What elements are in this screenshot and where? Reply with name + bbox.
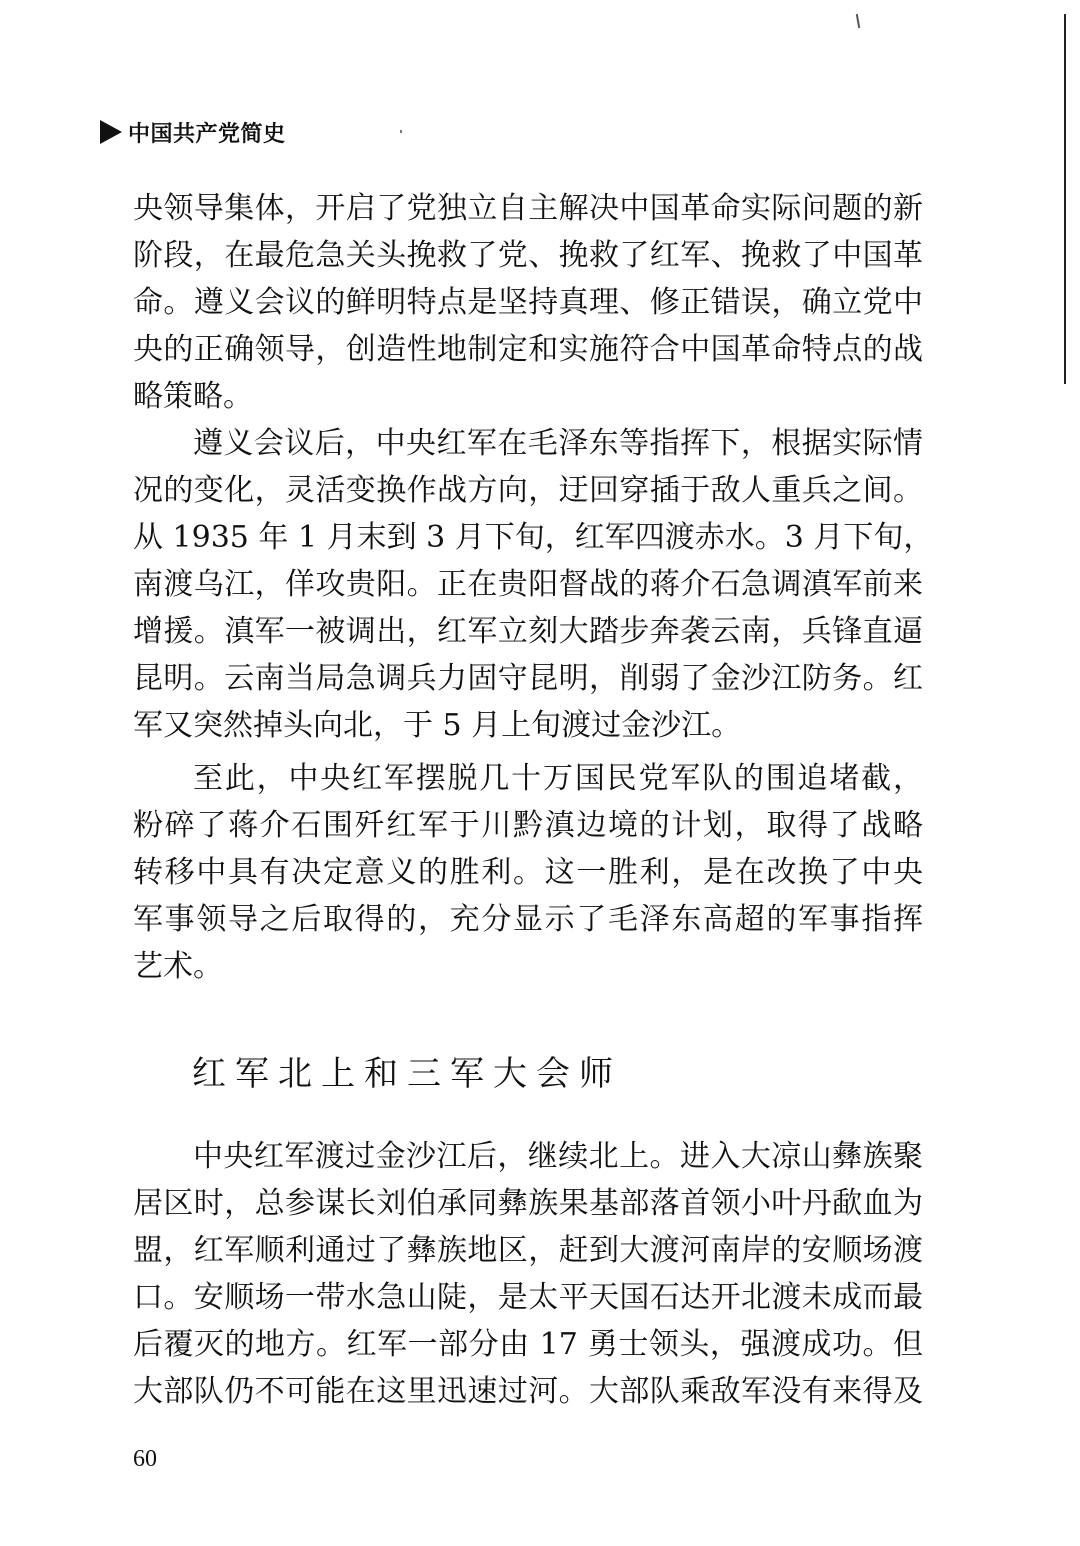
scan-artifact [400,130,402,133]
section-paragraph: 中央红军渡过金沙江后，继续北上。进入大凉山彝族聚 居区时，总参谋长刘伯承同彝族果… [133,1133,923,1415]
text-line: 粉碎了蒋介石围歼红军于川黔滇边境的计划，取得了战略 [133,802,923,849]
section-heading: 红军北上和三军大会师 [192,1046,622,1095]
text-line: 央领导集体，开启了党独立自主解决中国革命实际问题的新 [133,185,923,232]
text-line: 中央红军渡过金沙江后，继续北上。进入大凉山彝族聚 [133,1133,923,1180]
text-line: 口。安顺场一带水急山陡，是太平天国石达开北渡未成而最 [133,1274,923,1321]
text-line: 居区时，总参谋长刘伯承同彝族果基部落首领小叶丹歃血为 [133,1180,923,1227]
page-number: 60 [133,1446,157,1473]
paragraph-continued: 央领导集体，开启了党独立自主解决中国革命实际问题的新 阶段，在最危急关头挽救了党… [133,185,923,420]
text-line: 后覆灭的地方。红军一部分由 17 勇士领头，强渡成功。但 [133,1321,923,1368]
text-line: 军又突然掉头向北，于 5 月上旬渡过金沙江。 [133,702,923,749]
text-line: 略策略。 [133,373,923,420]
text-line: 昆明。云南当局急调兵力固守昆明，削弱了金沙江防务。红 [133,655,923,702]
text-line: 艺术。 [133,943,923,990]
scan-artifact [856,14,860,28]
paragraph: 至此，中央红军摆脱几十万国民党军队的围追堵截， 粉碎了蒋介石围歼红军于川黔滇边境… [133,755,923,990]
text-line: 增援。滇军一被调出，红军立刻大踏步奔袭云南，兵锋直逼 [133,608,923,655]
text-line: 阶段，在最危急关头挽救了党、挽救了红军、挽救了中国革 [133,232,923,279]
text-line: 南渡乌江，佯攻贵阳。正在贵阳督战的蒋介石急调滇军前来 [133,561,923,608]
book-title: 中国共产党简史 [128,117,286,148]
paragraph: 遵义会议后，中央红军在毛泽东等指挥下，根据实际情 况的变化，灵活变换作战方向，迂… [133,420,923,749]
text-line: 遵义会议后，中央红军在毛泽东等指挥下，根据实际情 [133,420,923,467]
running-head: 中国共产党简史 [100,114,286,150]
right-triangle-icon [100,120,122,144]
text-line: 央的正确领导，创造性地制定和实施符合中国革命特点的战 [133,326,923,373]
text-line: 从 1935 年 1 月末到 3 月下旬，红军四渡赤水。3 月下旬， [133,514,923,561]
text-line: 命。遵义会议的鲜明特点是坚持真理、修正错误，确立党中 [133,279,923,326]
text-line: 盟，红军顺利通过了彝族地区，赶到大渡河南岸的安顺场渡 [133,1227,923,1274]
text-line: 大部队仍不可能在这里迅速过河。大部队乘敌军没有来得及 [133,1368,923,1415]
text-line: 至此，中央红军摆脱几十万国民党军队的围追堵截， [133,755,923,802]
text-line: 军事领导之后取得的，充分显示了毛泽东高超的军事指挥 [133,896,923,943]
page-edge-line [1064,14,1066,384]
text-line: 转移中具有决定意义的胜利。这一胜利，是在改换了中央 [133,849,923,896]
text-line: 况的变化，灵活变换作战方向，迂回穿插于敌人重兵之间。 [133,467,923,514]
